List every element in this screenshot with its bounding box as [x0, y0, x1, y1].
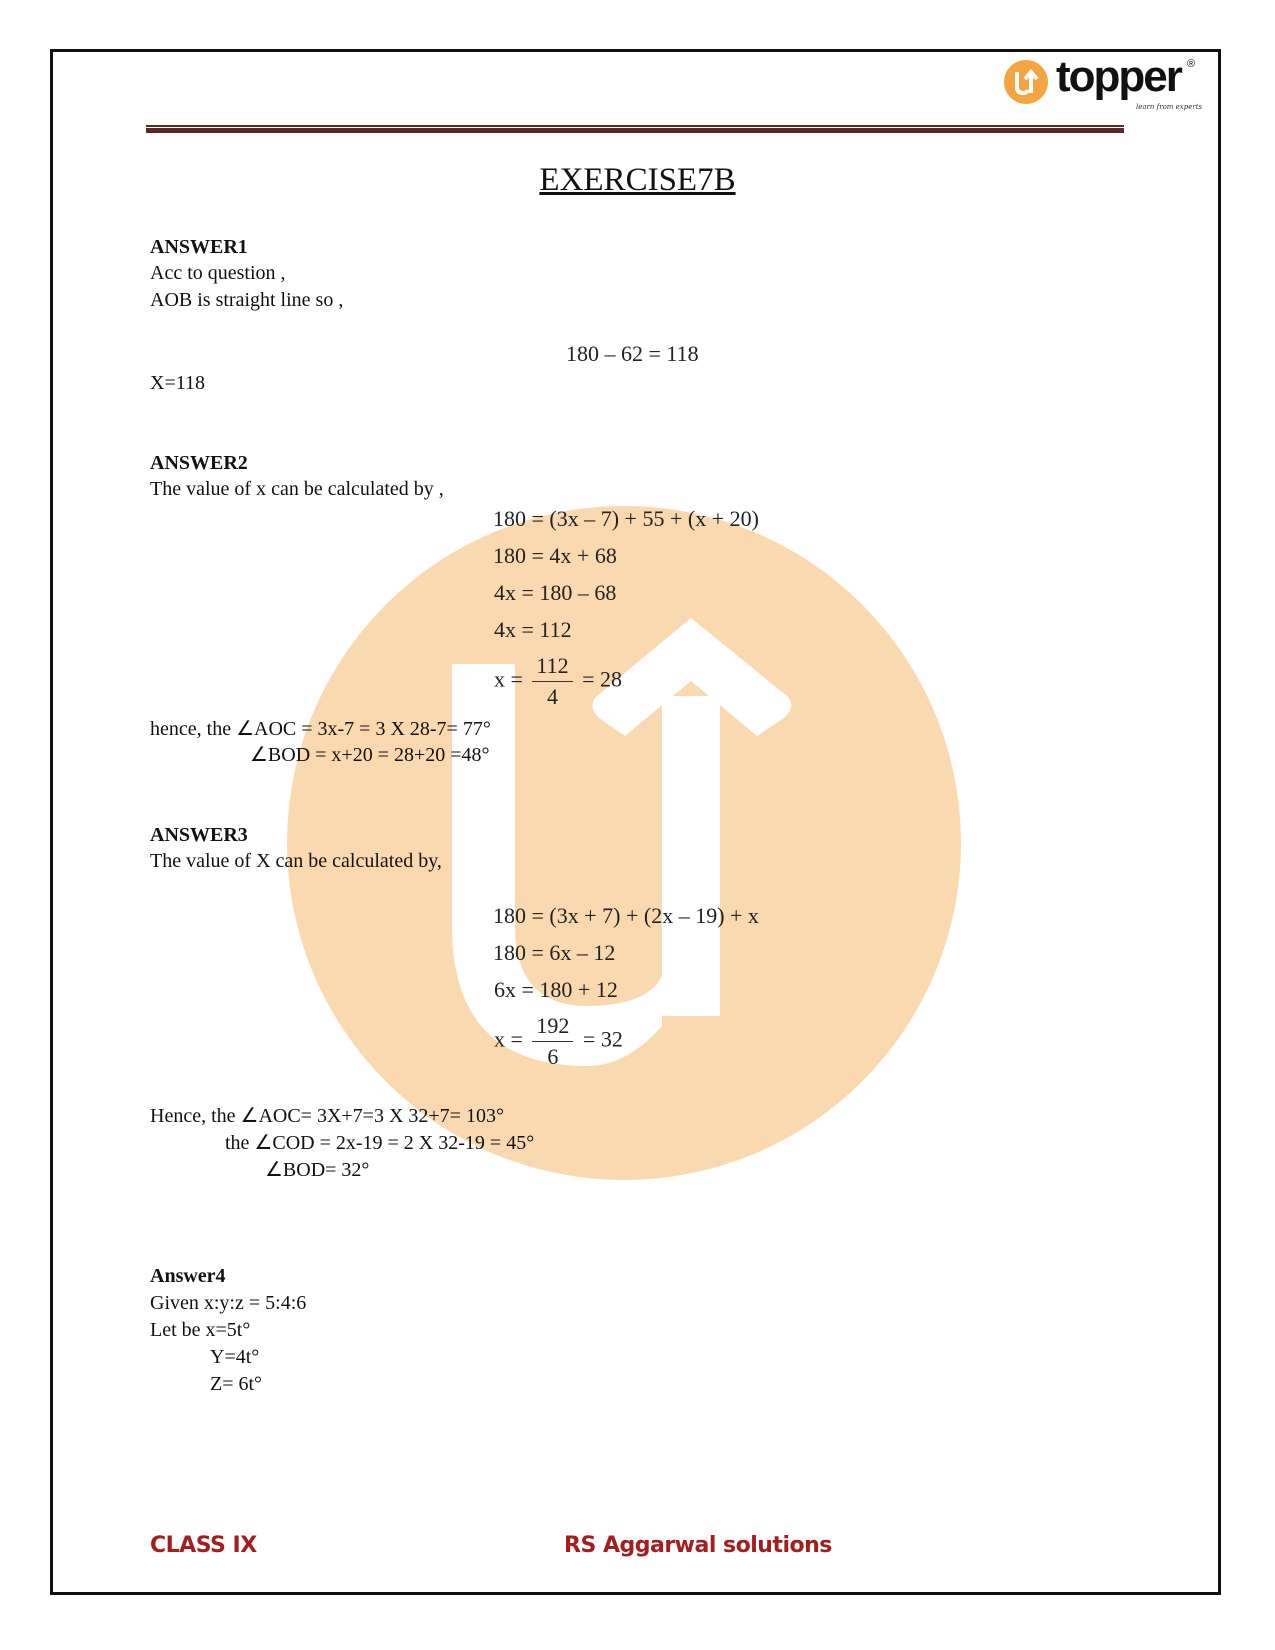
header-rule-thin — [146, 125, 1124, 127]
answer1-line: AOB is straight line so , — [150, 289, 343, 312]
topper-logo: topper ® learn from experts — [1004, 58, 1204, 118]
footer-class-label: CLASS IX — [150, 1533, 257, 1558]
answer2-equation: 4x = 180 – 68 — [494, 580, 616, 606]
header-rule-thick — [146, 128, 1124, 133]
footer-book-title: RS Aggarwal solutions — [564, 1533, 832, 1558]
fraction-numerator: 112 — [532, 651, 572, 682]
answer3-conclusion: ∠BOD= 32° — [265, 1157, 369, 1182]
answer2-conclusion: hence, the ∠AOC = 3x-7 = 3 X 28-7= 77° — [150, 716, 491, 741]
page-title: EXERCISE7B — [0, 162, 1275, 199]
fraction: 192 6 — [532, 1011, 573, 1072]
fraction-rhs: = 32 — [583, 1027, 623, 1052]
answer3-fraction-equation: x = 192 6 = 32 — [494, 1011, 623, 1072]
answer4-line: Let be x=5t° — [150, 1319, 250, 1342]
answer4-line: Given x:y:z = 5:4:6 — [150, 1292, 306, 1315]
answer1-equation: 180 – 62 = 118 — [566, 341, 699, 367]
answer3-conclusion: Hence, the ∠AOC= 3X+7=3 X 32+7= 103° — [150, 1103, 504, 1128]
answer3-conclusion: the ∠COD = 2x-19 = 2 X 32-19 = 45° — [225, 1130, 534, 1155]
answer1-heading: ANSWER1 — [150, 236, 248, 259]
answer1-result: X=118 — [150, 372, 205, 395]
answer3-heading: ANSWER3 — [150, 824, 248, 847]
answer1-line: Acc to question , — [150, 262, 286, 285]
fraction: 112 4 — [532, 651, 572, 712]
answer2-fraction-equation: x = 112 4 = 28 — [494, 651, 622, 712]
answer3-equation: 180 = (3x + 7) + (2x – 19) + x — [493, 903, 759, 929]
answer3-equation: 6x = 180 + 12 — [494, 977, 618, 1003]
answer2-equation: 4x = 112 — [494, 617, 572, 643]
fraction-denominator: 4 — [532, 682, 572, 712]
fraction-lhs: x = — [494, 1027, 523, 1052]
answer2-conclusion: ∠BOD = x+20 = 28+20 =48° — [250, 742, 490, 767]
answer3-equation: 180 = 6x – 12 — [493, 940, 615, 966]
answer2-equation: 180 = 4x + 68 — [493, 543, 617, 569]
fraction-rhs: = 28 — [582, 667, 622, 692]
fraction-lhs: x = — [494, 667, 523, 692]
answer2-line: The value of x can be calculated by , — [150, 478, 444, 501]
answer4-line: Y=4t° — [210, 1346, 259, 1369]
answer3-line: The value of X can be calculated by, — [150, 850, 442, 873]
brand-tagline: learn from experts — [1136, 103, 1202, 111]
fraction-denominator: 6 — [532, 1042, 573, 1072]
answer2-heading: ANSWER2 — [150, 452, 248, 475]
registered-mark: ® — [1187, 58, 1195, 70]
brand-name: topper — [1056, 52, 1181, 102]
answer4-heading: Answer4 — [150, 1265, 226, 1288]
fraction-numerator: 192 — [532, 1011, 573, 1042]
answer2-equation: 180 = (3x – 7) + 55 + (x + 20) — [493, 506, 759, 532]
answer4-line: Z= 6t° — [210, 1373, 262, 1396]
u-arrow-up-icon — [1004, 60, 1048, 104]
